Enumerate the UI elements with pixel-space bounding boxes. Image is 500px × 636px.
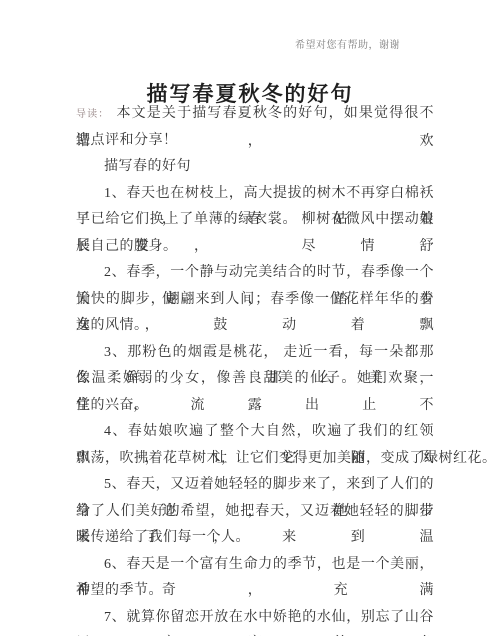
header-note: 希望对您有帮助，谢谢 bbox=[295, 36, 400, 51]
paragraph-line: 4、春姑娘吹遍了整个大自然，吹遍了我们的红领巾，让它随风 bbox=[76, 419, 434, 446]
paragraph-line: 7、就算你留恋开放在水中娇艳的水仙，别忘了山谷里寂寞的角 bbox=[76, 605, 434, 632]
paragraph-line: 5、春天，又迈着她轻轻的脚步来了，来到了人们的身边，她带 bbox=[76, 472, 434, 499]
paragraph-line: 给了人们美好的希望，她把春天，又迈着她轻轻的脚步来了，来到温 bbox=[76, 499, 434, 526]
paragraph-line: 像温柔娇弱的少女，像善良甜美的仙子。她们欢聚一堂，流露出止不 bbox=[76, 366, 434, 393]
paragraph-line: 飘荡，吹拂着花草树木，让它们变得更加美丽，变成了绿树红花。 bbox=[76, 446, 434, 473]
lead-paragraph-line: 导读：本文是关于描写春夏秋冬的好句，如果觉得很不错，欢 bbox=[76, 101, 434, 128]
paragraph-line: 1、春天也在树枝上，高大提拔的树木不再穿白棉袄了，春姑娘 bbox=[76, 181, 434, 208]
paragraph-line: 早已给它们换上了单薄的绿衣裳。 柳树在微风中摆动着长发， 尽情舒 bbox=[76, 207, 434, 234]
document-body: 导读：本文是关于描写春夏秋冬的好句，如果觉得很不错，欢 迎点评和分享！ 描写春的… bbox=[76, 101, 434, 631]
paragraph-line: 愉快的脚步，翩翩来到人间；春季像一位花样年华的少女，鼓动着飘 bbox=[76, 287, 434, 314]
paragraph-line: 2、春季，一个静与动完美结合的时节，春季像一个天使，踏着 bbox=[76, 260, 434, 287]
paragraph-list: 1、春天也在树枝上，高大提拔的树木不再穿白棉袄了，春姑娘早已给它们换上了单薄的绿… bbox=[76, 181, 434, 632]
document-page: 希望对您有帮助，谢谢 描写春夏秋冬的好句 导读：本文是关于描写春夏秋冬的好句，如… bbox=[0, 0, 500, 636]
lead-label: 导读： bbox=[76, 109, 109, 120]
paragraph-line: 3、那粉色的烟霞是桃花， 走近一看，每一朵都那么鲜， 那么美， bbox=[76, 340, 434, 367]
section-heading: 描写春的好句 bbox=[76, 154, 434, 181]
paragraph-line: 6、春天是一个富有生命力的季节，也是一个美丽，神奇，充满 bbox=[76, 552, 434, 579]
